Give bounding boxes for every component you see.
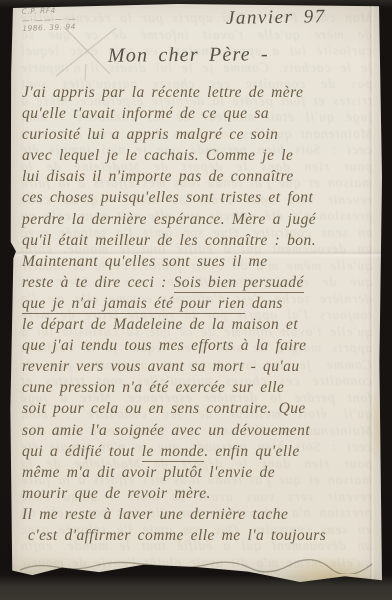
letter-line: qu'il était meilleur de les connaître : … [22,232,372,253]
letter-line: curiosité lui a appris malgré ce soin [22,126,372,147]
letter-paper: Mon cher Père - J'ai appris par la récen… [10,4,382,582]
letter-line: reste à te dire ceci : Sois bien persuad… [22,274,372,295]
letter-line: perdre la dernière espérance. Mère a jug… [22,211,372,232]
letter-line: ces choses puisqu'elles sont tristes et … [22,189,372,210]
letter-line: avec lequel je le cachais. Comme je le [22,147,372,168]
letter-body: J'ai appris par la récente lettre de mèr… [22,84,372,548]
underlined-text: Sois bien persuadé [174,274,304,293]
letter-line: lui disais il n'importe pas de connaître [22,168,372,189]
letter-line: Maintenant qu'elles sont sues il me [22,253,372,274]
photo-background: Mon cher Père - J'ai appris par la récen… [0,0,392,600]
underlined-text: le monde [142,443,204,462]
letter-line: qui a édifié tout le monde. enfin qu'ell… [22,443,372,464]
letter-line: son amie l'a soignée avec un dévouement [22,422,372,443]
letter-line: que je n'ai jamais été pour rien dans [22,295,372,316]
letter-line: c'est d'affirmer comme elle me l'a toujo… [22,527,372,548]
underlined-text: que je n'ai jamais été pour rien [22,295,245,314]
letter-line: que j'ai tendu tous mes efforts à la fai… [22,337,372,358]
letter-line: même m'a dit avoir plutôt l'envie de [22,464,372,485]
letter-line: mourir que de revoir mère. [22,485,372,506]
letter-line: qu'elle t'avait informé de ce que sa [22,105,372,126]
letter-line: soit pour cela ou en sens contraire. Que [22,400,372,421]
letter-line: revenir vers vous avant sa mort - qu'au [22,358,372,379]
letter-line: cune pression n'a été exercée sur elle [22,379,372,400]
letter-date: Janvier 97 [226,6,326,30]
letter-line: le départ de Madeleine de la maison et [22,316,372,337]
letter-line: Il me reste à laver une dernière tache [22,506,372,527]
letter-line: J'ai appris par la récente lettre de mèr… [22,84,372,105]
torn-edge-line [18,558,374,574]
letter-salutation: Mon cher Père - [108,43,269,67]
